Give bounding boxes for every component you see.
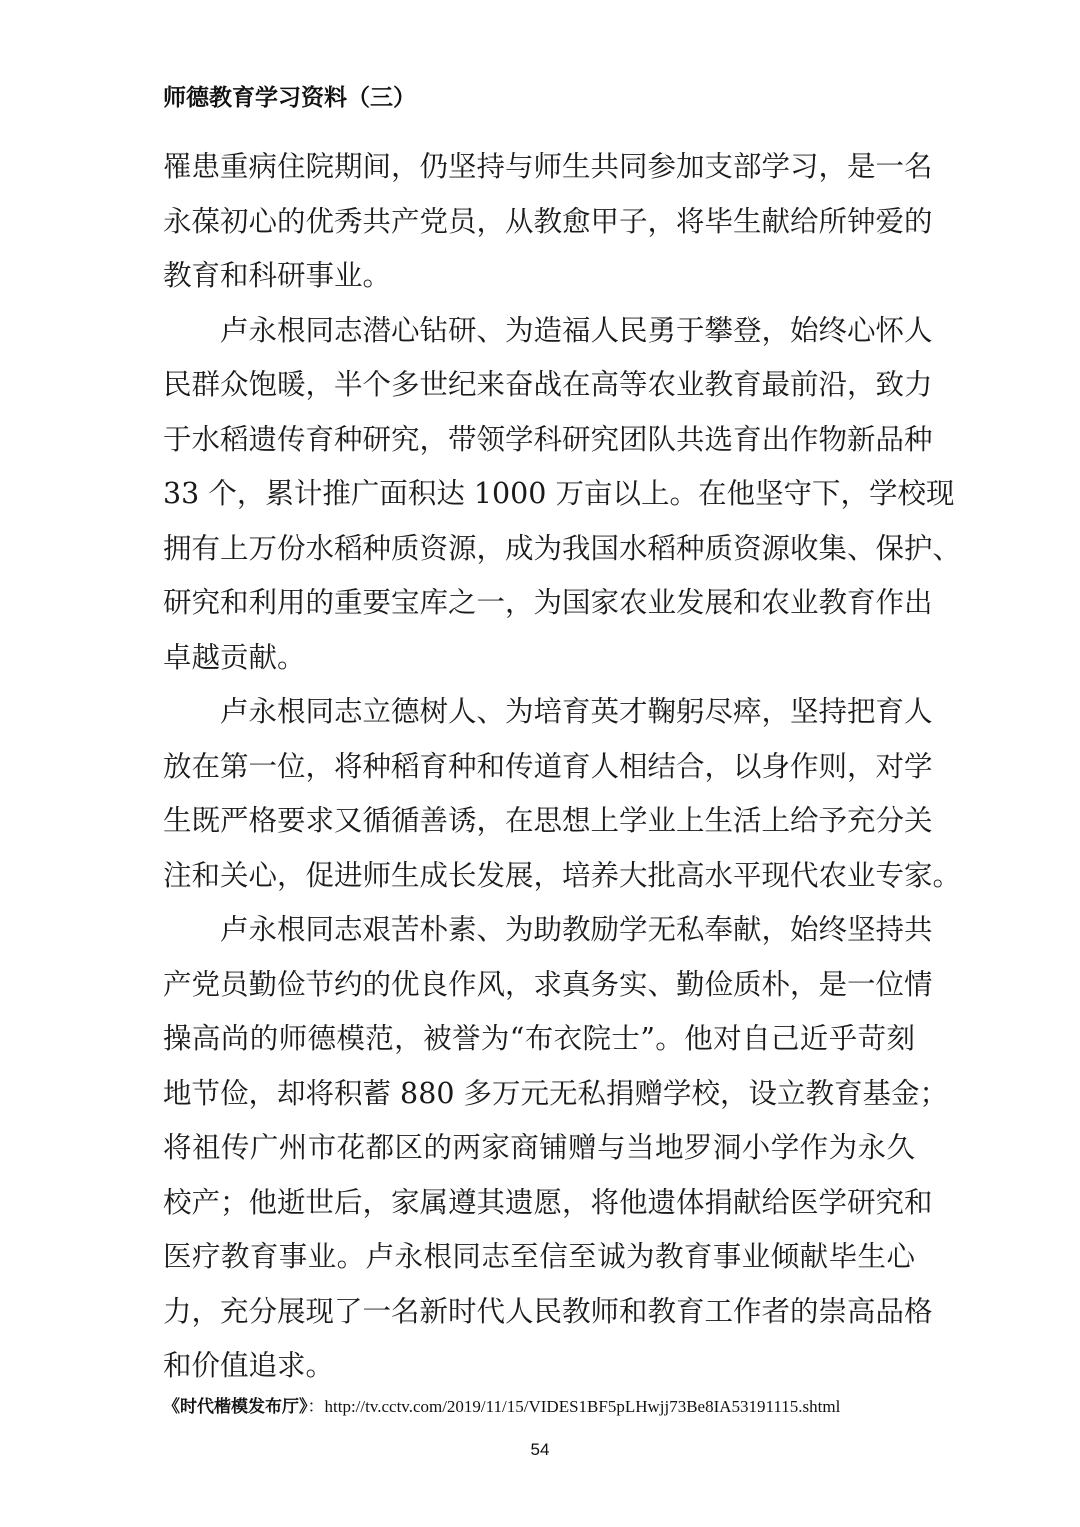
document-page: 师德教育学习资料（三） 罹患重病住院期间，仍坚持与师生共同参加支部学习，是一名 … bbox=[0, 0, 1080, 1527]
body-line: 卢永根同志立德树人、为培育英才鞠躬尽瘁，坚持把育人 bbox=[163, 685, 915, 740]
body-line: 教育和科研事业。 bbox=[163, 249, 915, 304]
body-line: 于水稻遗传育种研究，带领学科研究团队共选育出作物新品种 bbox=[163, 413, 915, 468]
body-line: 卓越贡献。 bbox=[163, 631, 915, 686]
header-title: 师德教育学习资料（三） bbox=[163, 79, 416, 112]
body-line: 民群众饱暖，半个多世纪来奋战在高等农业教育最前沿，致力 bbox=[163, 358, 915, 413]
body-line: 生既严格要求又循循善诱，在思想上学业上生活上给予充分关 bbox=[163, 794, 915, 849]
body-line: 注和关心，促进师生成长发展，培养大批高水平现代农业专家。 bbox=[163, 849, 915, 904]
footnote-url-link[interactable]: http://tv.cctv.com/2019/11/15/VIDES1BF5p… bbox=[325, 1397, 841, 1416]
body-line: 校产；他逝世后，家属遵其遗愿，将他遗体捐献给医学研究和 bbox=[163, 1176, 915, 1231]
body-line: 操高尚的师德模范，被誉为“布衣院士”。他对自己近乎苛刻 bbox=[163, 1012, 915, 1067]
body-line: 将祖传广州市花都区的两家商铺赠与当地罗洞小学作为永久 bbox=[163, 1121, 915, 1176]
body-line: 卢永根同志潜心钻研、为造福人民勇于攀登，始终心怀人 bbox=[163, 304, 915, 359]
body-line: 产党员勤俭节约的优良作风，求真务实、勤俭质朴，是一位情 bbox=[163, 958, 915, 1013]
body-line: 地节俭，却将积蓄 880 多万元无私捐赠学校，设立教育基金； bbox=[163, 1067, 915, 1122]
body-line: 医疗教育事业。卢永根同志至信至诚为教育事业倾献毕生心 bbox=[163, 1230, 915, 1285]
body-line: 拥有上万份水稻种质资源，成为我国水稻种质资源收集、保护、 bbox=[163, 522, 915, 577]
body-line: 卢永根同志艰苦朴素、为助教励学无私奉献，始终坚持共 bbox=[163, 903, 915, 958]
footnote-separator: ： bbox=[308, 1397, 325, 1416]
body-line: 罹患重病住院期间，仍坚持与师生共同参加支部学习，是一名 bbox=[163, 140, 915, 195]
body-line: 力，充分展现了一名新时代人民教师和教育工作者的崇高品格 bbox=[163, 1285, 915, 1340]
footnote: 《时代楷模发布厅》：http://tv.cctv.com/2019/11/15/… bbox=[163, 1392, 923, 1417]
footnote-source-title: 《时代楷模发布厅》 bbox=[163, 1397, 308, 1417]
body-line: 放在第一位，将种稻育种和传道育人相结合，以身作则，对学 bbox=[163, 740, 915, 795]
body-text: 罹患重病住院期间，仍坚持与师生共同参加支部学习，是一名 永葆初心的优秀共产党员，… bbox=[163, 140, 915, 1394]
body-line: 永葆初心的优秀共产党员，从教愈甲子，将毕生献给所钟爱的 bbox=[163, 195, 915, 250]
body-line: 和价值追求。 bbox=[163, 1339, 915, 1394]
body-line: 33 个，累计推广面积达 1000 万亩以上。在他坚守下，学校现 bbox=[163, 467, 915, 522]
body-line: 研究和利用的重要宝库之一，为国家农业发展和农业教育作出 bbox=[163, 576, 915, 631]
page-number: 54 bbox=[0, 1440, 1080, 1460]
